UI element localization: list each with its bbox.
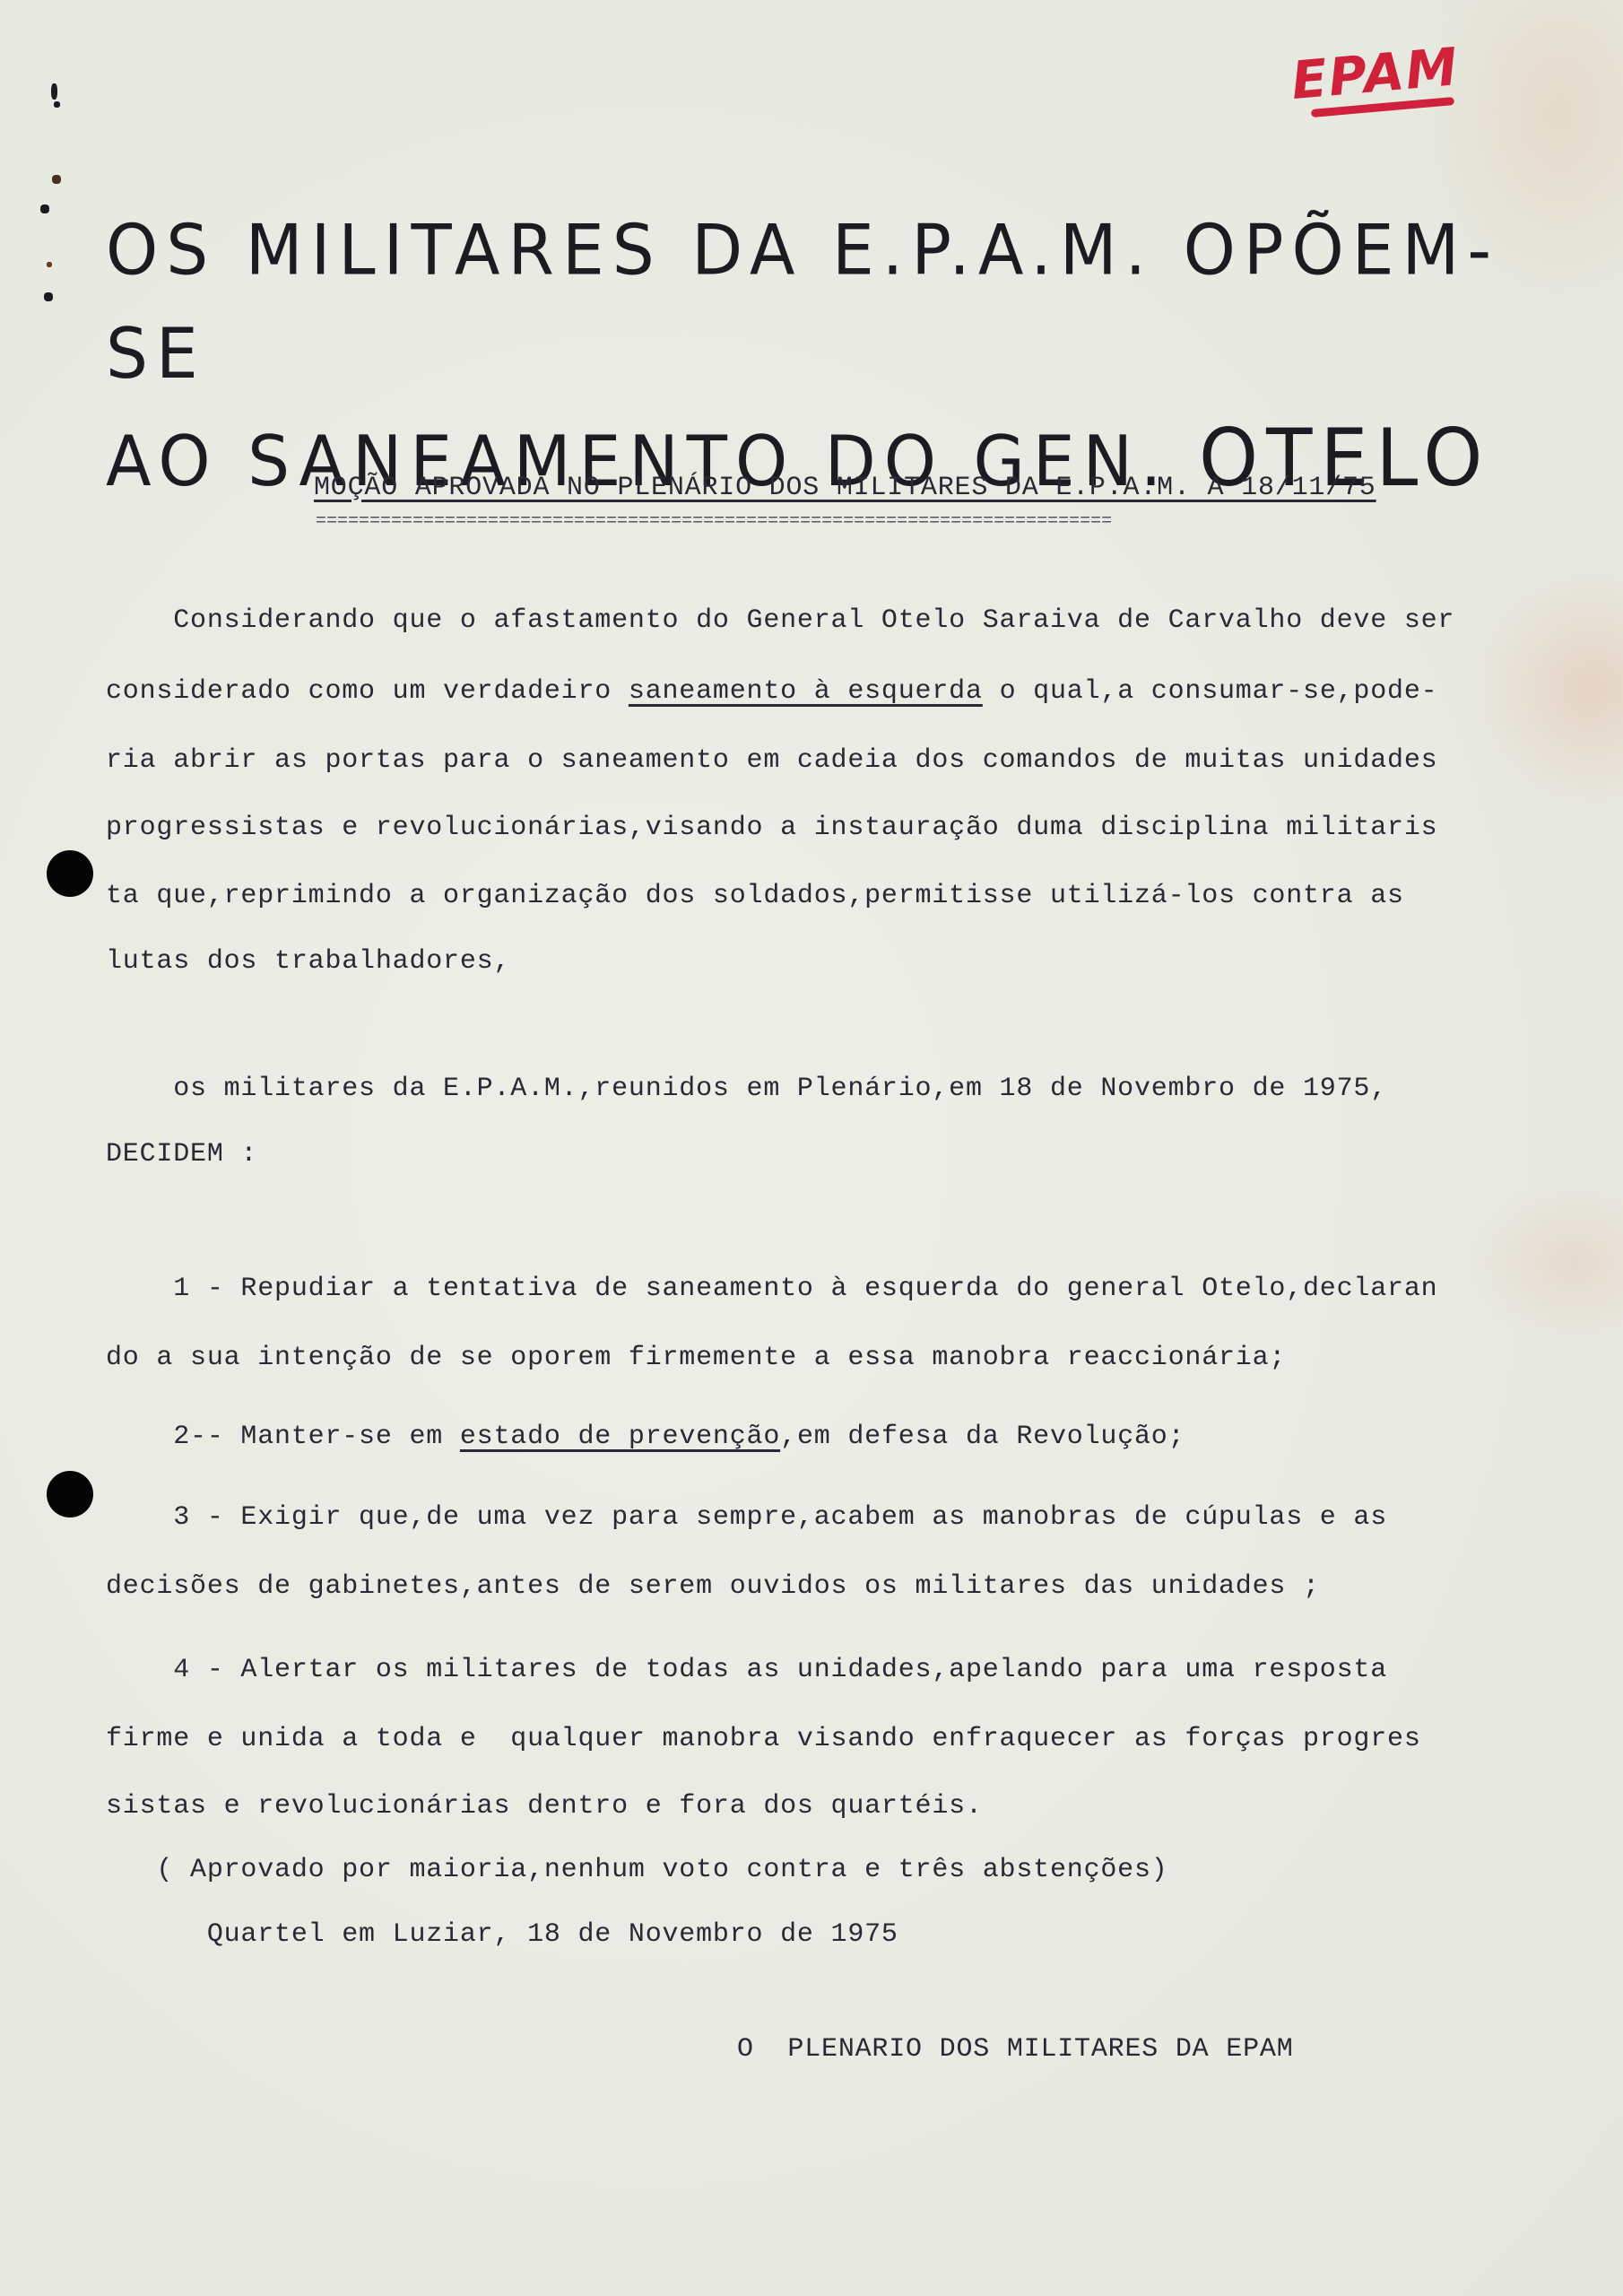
- underlined-phrase: saneamento à esquerda: [629, 676, 983, 707]
- margin-mark: [44, 292, 53, 301]
- punch-hole: [47, 1471, 93, 1518]
- resolution-intro: os militares da E.P.A.M.,reunidos em Ple…: [106, 1074, 1387, 1104]
- item-1-line-2: do a sua intenção de se oporem firmement…: [106, 1343, 1286, 1373]
- motion-subtitle: MOÇÃO APROVADA NO PLENÁRIO DOS MILITARES…: [314, 473, 1376, 503]
- item-4-line-2: firme e unida a toda e qualquer manobra …: [106, 1724, 1421, 1754]
- item-4-line-1: 4 - Alertar os militares de todas as uni…: [106, 1655, 1387, 1685]
- place-date: Quartel em Luziar, 18 de Novembro de 197…: [106, 1919, 898, 1950]
- item-3-line-2: decisões de gabinetes,antes de serem ouv…: [106, 1571, 1320, 1602]
- subtitle-rule: ========================================…: [316, 511, 1112, 532]
- margin-mark: [40, 204, 49, 213]
- signature: O PLENARIO DOS MILITARES DA EPAM: [737, 2034, 1294, 2065]
- headline: OS MILITARES DA E.P.A.M. OPÕEM-SE AO SAN…: [106, 199, 1505, 514]
- preamble-line-4: progressistas e revolucionárias,visando …: [106, 813, 1437, 843]
- preamble-line-6: lutas dos trabalhadores,: [106, 946, 510, 977]
- item-3-line-1: 3 - Exigir que,de uma vez para sempre,ac…: [106, 1502, 1387, 1533]
- margin-mark: [52, 175, 61, 184]
- vote-result: ( Aprovado por maioria,nenhum voto contr…: [106, 1855, 1168, 1885]
- item-1-line-1: 1 - Repudiar a tentativa de saneamento à…: [106, 1274, 1437, 1304]
- decide-heading: DECIDEM :: [106, 1139, 257, 1170]
- preamble-line-1: Considerando que o afastamento do Genera…: [106, 605, 1454, 636]
- item-4-line-3: sistas e revolucionárias dentro e fora d…: [106, 1791, 983, 1822]
- margin-mark: [54, 101, 60, 108]
- preamble-line-2: considerado como um verdadeiro saneament…: [106, 676, 1437, 707]
- underlined-phrase: estado de prevenção: [460, 1422, 780, 1452]
- document-page: EPAM OS MILITARES DA E.P.A.M. OPÕEM-SE A…: [0, 0, 1623, 2296]
- margin-mark: [51, 83, 57, 100]
- item-2: 2-- Manter-se em estado de prevenção,em …: [106, 1422, 1185, 1452]
- punch-hole: [47, 850, 93, 897]
- margin-mark: [47, 262, 52, 267]
- preamble-line-5: ta que,reprimindo a organização dos sold…: [106, 881, 1404, 911]
- headline-line-1: OS MILITARES DA E.P.A.M. OPÕEM-SE: [106, 199, 1505, 406]
- preamble-line-3: ria abrir as portas para o saneamento em…: [106, 745, 1437, 776]
